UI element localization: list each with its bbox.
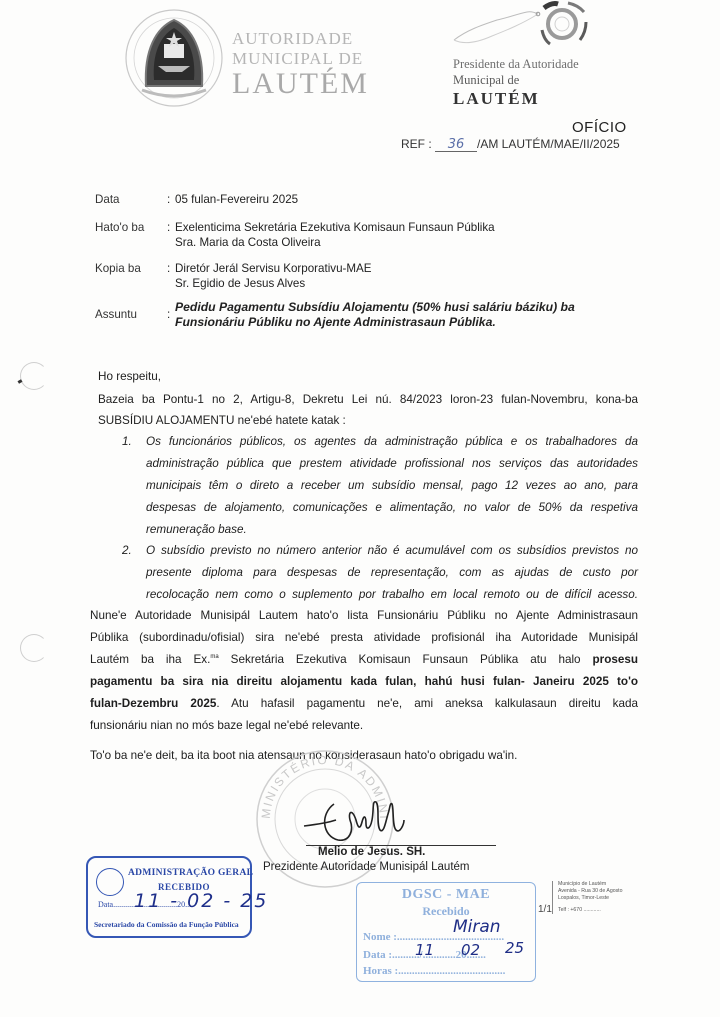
punch-hole-mark — [20, 634, 48, 662]
copy-row: Kopia ba:Diretór Jerál Servisu Korporati… — [95, 261, 372, 291]
punch-hole-mark — [20, 362, 48, 390]
address-line-2: Avenida - Rua 30 de Agosto — [558, 888, 623, 895]
recipient-line-2: Sra. Maria da Costa Oliveira — [175, 235, 495, 250]
document-type: OFÍCIO — [572, 119, 627, 136]
subject-label: Assuntu — [95, 300, 167, 322]
list-item-1-line-1: Os funcionários públicos, os agentes da … — [146, 435, 638, 448]
president-title-block: Presidente da Autoridade Municipal de LA… — [453, 56, 579, 110]
stamp-admin-date-handwritten: 11 - 02 - 25 — [134, 890, 268, 912]
president-line-2: Municipal de — [453, 72, 579, 88]
subject-line-2: Funsionáriu Públiku no Ajente Administra… — [175, 315, 575, 330]
paragraph-line-5: fulan-Dezembru 2025. Atu hafasil pagamen… — [90, 697, 638, 710]
received-stamp-admin: ADMINISTRAÇÃO GERAL RECEBIDO Data.......… — [86, 856, 252, 938]
stamp-dgsc-date-year: 25 — [505, 939, 524, 957]
list-item-2-line-1: O subsídio previsto no número anterior n… — [146, 544, 638, 557]
stamp-dgsc-hours-label: Horas :.................................… — [363, 965, 505, 977]
stamp-dgsc-title: DGSC - MAE — [357, 887, 535, 903]
list-item-1-line-4: despesas de alojamento, comunicações e a… — [146, 501, 638, 514]
signer-name: Melio de Jesus. SH. — [318, 846, 425, 858]
list-item-1-line-3: municipais têm o direto a receber um sub… — [146, 479, 638, 492]
copy-line-1: Diretór Jerál Servisu Korporativu-MAE — [175, 261, 372, 276]
list-item-number: 2. — [122, 544, 132, 557]
reference-line: REF : 36/AM LAUTÉM/MAE/II/2025 — [401, 137, 620, 152]
paragraph-line-3: Lautém ba iha Ex.ma Sekretária Ezekutiva… — [90, 653, 638, 666]
list-item-2-line-2: presente diploma para despesas de repres… — [146, 566, 638, 579]
date-value: 05 fulan-Fevereiru 2025 — [175, 192, 298, 207]
lautem-map-logo-icon — [452, 0, 622, 56]
address-line-4: Telf : +670 ............ — [558, 907, 623, 914]
salutation: Ho respeitu, — [98, 370, 161, 383]
reference-number: 36 — [435, 139, 477, 152]
received-stamp-dgsc: DGSC - MAE Recebido Nome :..............… — [356, 882, 536, 982]
authority-line-1: AUTORIDADE — [232, 30, 372, 47]
recipient-row: Hato'o ba:Exelenticima Sekretária Ezekut… — [95, 220, 495, 250]
handwritten-signature-icon — [300, 790, 420, 850]
address-line-1: Município de Lautém — [558, 881, 623, 888]
copy-label: Kopia ba — [95, 261, 167, 276]
recipient-line-1: Exelenticima Sekretária Ezekutiva Komisa… — [175, 220, 495, 235]
stamp-dgsc-date-day: 11 — [415, 941, 434, 959]
page-count: 1/1 — [538, 904, 552, 915]
paragraph-line-4: pagamentu ba sira nia direitu alojamentu… — [90, 675, 638, 688]
timor-leste-seal-icon — [122, 6, 232, 110]
copy-line-2: Sr. Egidio de Jesus Alves — [175, 276, 372, 291]
stamp-emblem-icon — [96, 868, 124, 896]
signer-title: Prezidente Autoridade Munisipál Lautém — [263, 861, 470, 873]
paragraph-line-6: funsionáriu nian no mós baze legal ne'eb… — [90, 719, 363, 732]
date-row: Data:05 fulan-Fevereiru 2025 — [95, 192, 298, 207]
authority-name: AUTORIDADE MUNICIPAL DE LAUTÉM — [232, 30, 372, 99]
subject-row: Assuntu:Pedidu Pagamentu Subsídiu Alojam… — [95, 300, 575, 330]
address-block: Município de Lautém Avenida - Rua 30 de … — [552, 881, 623, 914]
intro-line-2: SUBSÍDIU ALOJAMENTU ne'ebé hatete katak … — [98, 414, 346, 427]
president-line-3: LAUTÉM — [453, 88, 579, 110]
stamp-admin-footer: Secretariado da Comissão da Função Públi… — [94, 920, 239, 929]
list-item-2-line-3: recolocação nem como o suplemento por tr… — [146, 588, 638, 601]
authority-line-3: LAUTÉM — [232, 69, 372, 99]
intro-line-1: Bazeia ba Pontu-1 no 2, Artigu-8, Dekret… — [98, 393, 638, 406]
address-line-3: Lospalos, Timor-Leste — [558, 895, 623, 902]
subject-line-1: Pedidu Pagamentu Subsídiu Alojamentu (50… — [175, 300, 575, 315]
stamp-dgsc-date-month: 02 — [461, 941, 480, 959]
stamp-admin-title: ADMINISTRAÇÃO GERAL — [128, 868, 253, 878]
president-line-1: Presidente da Autoridade — [453, 56, 579, 72]
stamp-dgsc-name-handwritten: Miran — [453, 917, 501, 937]
paragraph-line-1: Nune'e Autoridade Munisipál Lautem hato'… — [90, 609, 638, 622]
recipient-label: Hato'o ba — [95, 220, 167, 235]
paragraph-line-2: Públika (subordinadu/ofisial) sira ne'eb… — [90, 631, 638, 644]
list-item-1-line-2: administração pública que prestem ativid… — [146, 457, 638, 470]
authority-line-2: MUNICIPAL DE — [232, 50, 372, 67]
list-item-1-line-5: remuneração base. — [146, 523, 247, 536]
list-item-number: 1. — [122, 435, 132, 448]
reference-suffix: /AM LAUTÉM/MAE/II/2025 — [477, 137, 620, 151]
date-label: Data — [95, 192, 167, 207]
stamp-dgsc-status: Recebido — [357, 904, 535, 919]
reference-label: REF : — [401, 137, 432, 151]
